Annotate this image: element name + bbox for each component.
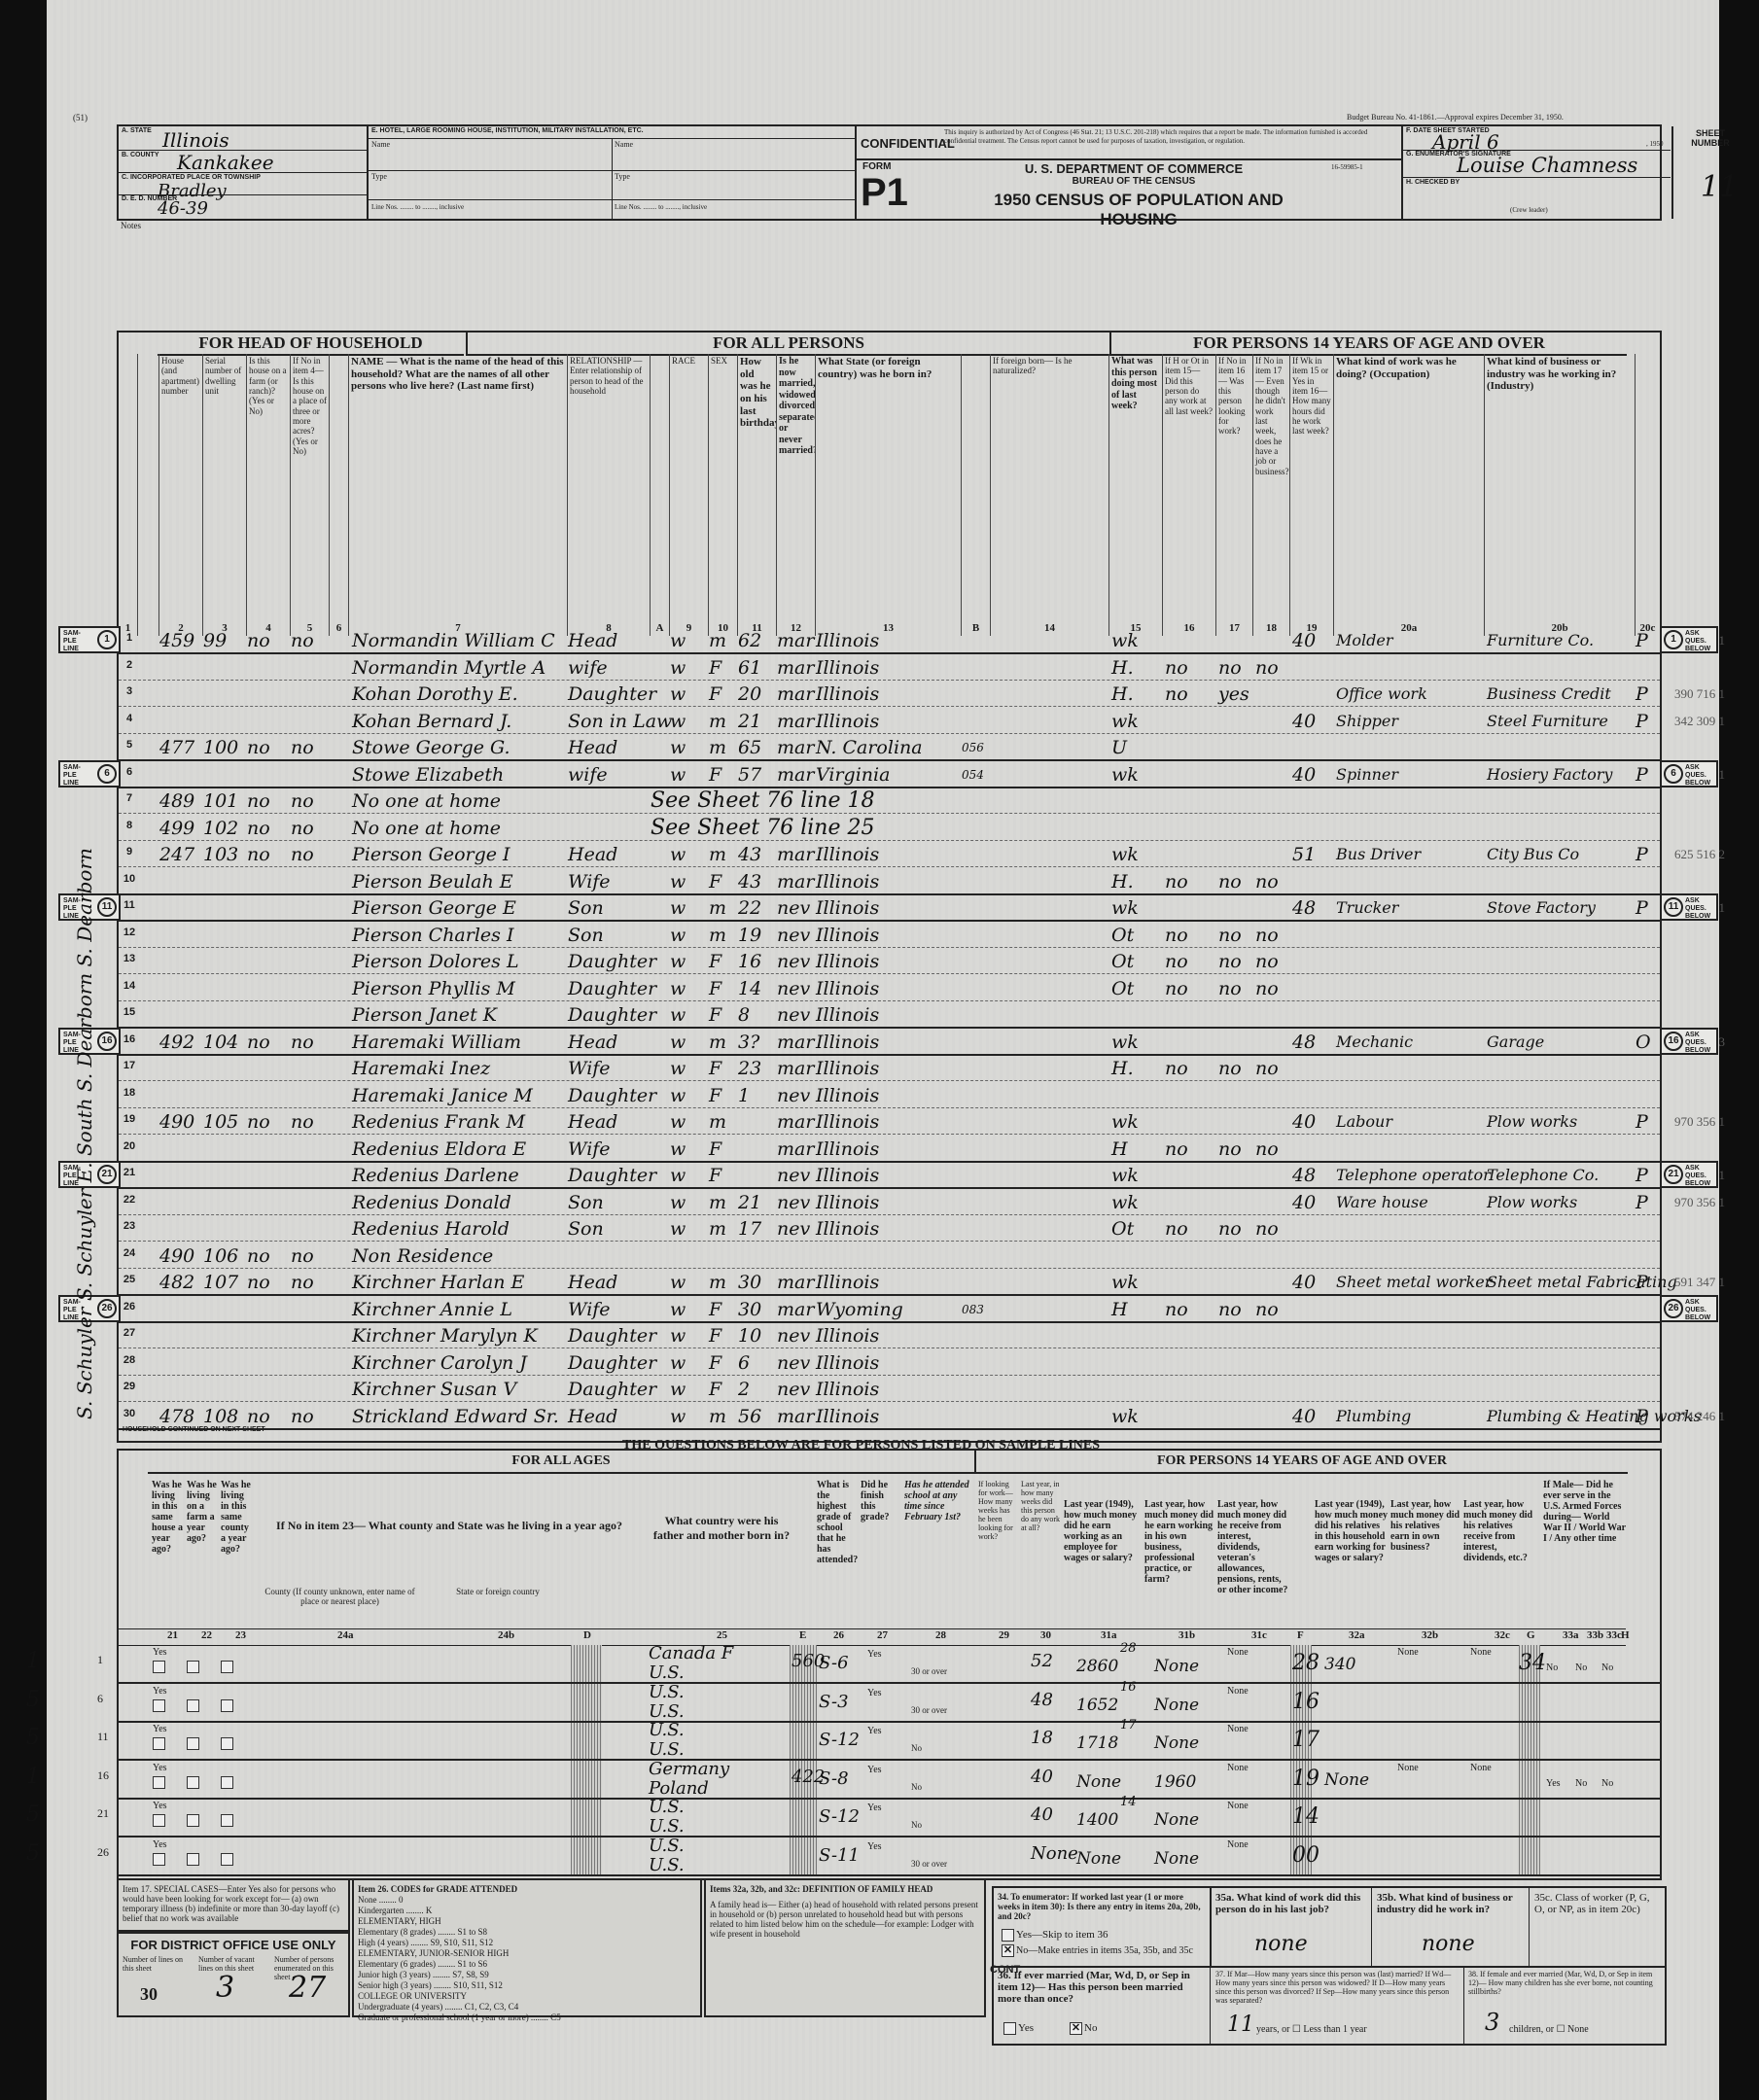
line-number: 26 xyxy=(121,1293,138,1321)
q21-no-checkbox[interactable] xyxy=(153,1699,167,1712)
cell-ind xyxy=(1487,785,1637,813)
cell-ind: City Bus Co xyxy=(1487,838,1637,866)
cell-b xyxy=(962,1240,991,1268)
cell-farm xyxy=(247,651,291,680)
col-street xyxy=(138,354,159,636)
sheet-number-label: SHEET NUMBER xyxy=(1681,128,1740,148)
col-naturalized: If foreign born— Is he naturalized?14 xyxy=(991,354,1109,636)
sample-father: U.S. xyxy=(649,1682,685,1702)
col-industry: What kind of business or industry was he… xyxy=(1485,354,1636,636)
cell-ind xyxy=(1487,1133,1637,1161)
cell-act: wk xyxy=(1111,892,1165,920)
sample-f: 28 xyxy=(1292,1651,1319,1675)
cell-sex: F xyxy=(709,1373,738,1401)
cell-rel xyxy=(568,812,651,840)
cell-house xyxy=(159,678,203,706)
cell-birth: Illinois xyxy=(816,1400,962,1428)
cell-house: 478 xyxy=(159,1400,203,1428)
section-all-persons: FOR ALL PERSONS xyxy=(466,332,1109,356)
q22-no-checkbox[interactable] xyxy=(187,1699,201,1712)
sample-tally: 5 xyxy=(26,1802,40,1827)
q23-no-checkbox[interactable] xyxy=(221,1737,235,1750)
cell-q17: no xyxy=(1218,1293,1255,1321)
q21-no-checkbox[interactable] xyxy=(153,1814,167,1827)
q21-no-checkbox[interactable] xyxy=(153,1776,167,1789)
cell-act: wk xyxy=(1111,1026,1165,1054)
cell-q18: no xyxy=(1255,1212,1292,1241)
cell-hrs xyxy=(1292,1133,1336,1161)
checked-by-label: h. CHECKED BY xyxy=(1406,179,1460,186)
cell-b xyxy=(962,1400,991,1428)
cell-serial xyxy=(203,1347,247,1375)
sample-col-number: 24a xyxy=(337,1629,354,1641)
cell-b xyxy=(962,651,991,680)
cell-mar: nev xyxy=(777,972,816,1000)
cell-q16: no xyxy=(1165,919,1218,947)
title-block: CONFIDENTIAL This inquiry is authorized … xyxy=(857,126,1403,219)
cell-q16: no xyxy=(1165,651,1218,680)
line-number: 23 xyxy=(121,1212,138,1241)
hotel-name-label-1: Name xyxy=(371,140,390,149)
grade-code-item: High (4 years) ........ S9, S10, S11, S1… xyxy=(358,1938,696,1948)
cell-race: w xyxy=(670,1373,709,1401)
line-number: 18 xyxy=(121,1079,138,1107)
q23-no-checkbox[interactable] xyxy=(221,1853,235,1866)
sample-col-number: 33c xyxy=(1606,1629,1622,1641)
q23-no-checkbox[interactable] xyxy=(221,1776,235,1789)
cell-name: Kirchner Carolyn J xyxy=(352,1347,571,1375)
cell-q18 xyxy=(1255,1319,1292,1347)
sample-ww2: Yes xyxy=(1546,1778,1561,1789)
cell-q18 xyxy=(1255,998,1292,1027)
cell-cls: P xyxy=(1636,705,1660,733)
cell-q17 xyxy=(1218,1266,1255,1294)
cell-mar: nev xyxy=(777,919,816,947)
cell-q17 xyxy=(1218,624,1255,652)
cell-acres xyxy=(291,1133,330,1161)
sample-own-bus: None xyxy=(1154,1657,1199,1676)
cell-cls xyxy=(1636,972,1660,1000)
person-row: Pierson Beulah EWifewF43marIllinoisH.non… xyxy=(119,865,1660,895)
line-number: 3 xyxy=(121,678,138,706)
cell-q16: no xyxy=(1165,678,1218,706)
cell-act xyxy=(1111,812,1165,840)
sample-q21: Yes xyxy=(153,1801,167,1811)
sample-wages: 1718 xyxy=(1076,1733,1118,1753)
cell-hrs xyxy=(1292,865,1336,893)
cell-occ xyxy=(1336,785,1487,813)
cell-q18: no xyxy=(1255,945,1292,973)
section-persons-14-over: FOR PERSONS 14 YEARS OF AGE AND OVER xyxy=(1109,332,1627,356)
cell-house xyxy=(159,1159,203,1187)
cell-birth: Illinois xyxy=(816,651,962,680)
line-number: 7 xyxy=(121,785,138,813)
cell-rel: wife xyxy=(568,758,651,787)
cell-acres xyxy=(291,651,330,680)
cell-birth: N. Carolina xyxy=(816,731,962,759)
cell-age: 57 xyxy=(738,758,777,787)
cell-mar: mar xyxy=(777,1133,816,1161)
grade-codes-title: Item 26. CODES for GRADE ATTENDED xyxy=(358,1884,696,1895)
cell-rel: Son xyxy=(568,919,651,947)
cell-race: w xyxy=(670,1079,709,1107)
cell-occ: Trucker xyxy=(1336,892,1487,920)
cell-farm: no xyxy=(247,838,291,866)
q34-text: 34. To enumerator: If worked last year (… xyxy=(998,1892,1207,1921)
cell-q18 xyxy=(1255,838,1292,866)
cell-cls: P xyxy=(1636,1159,1660,1187)
cell-name: Pierson Dolores L xyxy=(352,945,571,973)
cell-rel: Head xyxy=(568,838,651,866)
cell-cls xyxy=(1636,945,1660,973)
cell-age: 65 xyxy=(738,731,777,759)
line-number: 4 xyxy=(121,705,138,733)
questions-34-38: 34. To enumerator: If worked last year (… xyxy=(992,1886,1667,2046)
q36-yes[interactable]: Yes xyxy=(1003,2022,1034,2035)
cell-q16: no xyxy=(1165,865,1218,893)
line-number: 2 xyxy=(121,651,138,680)
cell-sex xyxy=(709,1240,738,1268)
cell-mar: nev xyxy=(777,892,816,920)
cell-q17 xyxy=(1218,892,1255,920)
cell-ind xyxy=(1487,1347,1637,1375)
cell-acres xyxy=(291,1347,330,1375)
grade-code-item: Elementary (8 grades) ........ S1 to S8 xyxy=(358,1927,696,1938)
q22-no-checkbox[interactable] xyxy=(187,1853,201,1866)
hotel-type-label-1: Type xyxy=(371,172,387,181)
cell-acres: no xyxy=(291,812,330,840)
cell-cls: P xyxy=(1636,1266,1660,1294)
cell-name: No one at home xyxy=(352,812,571,840)
cell-occ: Mechanic xyxy=(1336,1026,1487,1054)
cell-q18 xyxy=(1255,678,1292,706)
cell-rel: Wife xyxy=(568,1052,651,1080)
cell-b xyxy=(962,705,991,733)
sample-father: U.S. xyxy=(649,1836,685,1856)
cell-act: H. xyxy=(1111,1052,1165,1080)
sample-line: 1 xyxy=(97,1653,103,1667)
line-number: 8 xyxy=(121,812,138,840)
cell-act: H xyxy=(1111,1133,1165,1161)
sheet-number-block: SHEET NUMBER 11 xyxy=(1671,126,1756,219)
state-label: a. STATE xyxy=(122,127,152,134)
cell-act xyxy=(1111,1373,1165,1401)
sample-col-number: 21 xyxy=(167,1629,178,1641)
cell-occ xyxy=(1336,1293,1487,1321)
cell-mar: mar xyxy=(777,624,816,652)
cell-b xyxy=(962,1133,991,1161)
cell-serial: 99 xyxy=(203,624,247,652)
cell-q16 xyxy=(1165,1347,1218,1375)
cell-race: w xyxy=(670,1133,709,1161)
sample-mother: U.S. xyxy=(649,1739,685,1760)
cell-acres: no xyxy=(291,1026,330,1054)
cell-hrs xyxy=(1292,945,1336,973)
cell-occ xyxy=(1336,1079,1487,1107)
cell-ind xyxy=(1487,972,1637,1000)
sample-col-number: G xyxy=(1527,1629,1535,1641)
person-row: 477100nonoStowe George G.Headwm65marN. C… xyxy=(119,731,1660,761)
cell-farm xyxy=(247,1347,291,1375)
sample-row: 521YesU.S.U.S.S-12YesNo40140014NoneNone1… xyxy=(119,1799,1660,1837)
sample-wages: None xyxy=(1076,1849,1121,1869)
cell-acres: no xyxy=(291,731,330,759)
sample-g: 34 xyxy=(1519,1651,1546,1675)
col-age: How old was he on his last birthday?11 xyxy=(738,354,777,636)
person-row: 499102nonoNo one at homeSee Sheet 76 lin… xyxy=(119,812,1660,841)
cell-race: w xyxy=(670,919,709,947)
cell-cls: P xyxy=(1636,838,1660,866)
cell-race: w xyxy=(670,1266,709,1294)
cell-house: 489 xyxy=(159,785,203,813)
cell-birth: Illinois xyxy=(816,678,962,706)
cell-race: w xyxy=(670,1159,709,1187)
cell-birth: Illinois xyxy=(816,945,962,973)
cell-birth: Illinois xyxy=(816,1079,962,1107)
q23-no-checkbox[interactable] xyxy=(221,1661,235,1673)
q36-no[interactable]: ✕No xyxy=(1070,2022,1097,2035)
q37-answer: 11 xyxy=(1227,2012,1254,2037)
col-line-number: 1 xyxy=(119,354,138,636)
q31a-header: Last year (1949), how much money did he … xyxy=(1064,1499,1142,1563)
cell-b xyxy=(962,1052,991,1080)
cell-occ xyxy=(1336,998,1487,1027)
col-farm: Is this house on a farm (or ranch)? (Yes… xyxy=(247,354,291,636)
person-row: Pierson Phyllis MDaughterwF14nevIllinois… xyxy=(119,972,1660,1001)
cell-name: Pierson George I xyxy=(352,838,571,866)
cell-ind xyxy=(1487,1373,1637,1401)
cell-act: wk xyxy=(1111,1186,1165,1214)
cell-sex: F xyxy=(709,1052,738,1080)
line-number: 27 xyxy=(121,1319,138,1347)
sample-rel-other: None xyxy=(1470,1763,1492,1773)
enumerator-block: f. DATE SHEET STARTED April 6 , 1950 g. … xyxy=(1403,126,1685,219)
cell-occ xyxy=(1336,1052,1487,1080)
cell-sex: F xyxy=(709,1319,738,1347)
q22-no-checkbox[interactable] xyxy=(187,1737,201,1750)
cell-q17 xyxy=(1218,1186,1255,1214)
confidential-text: This inquiry is authorized by Act of Con… xyxy=(944,128,1391,146)
cell-mar: nev xyxy=(777,1347,816,1375)
cell-name: Pierson Janet K xyxy=(352,998,571,1027)
sample-col-number: 26 xyxy=(833,1629,844,1641)
cell-cls xyxy=(1636,1373,1660,1401)
q34-no-option[interactable]: ✕No—Make entries in items 35a, 35b, and … xyxy=(1002,1944,1193,1957)
cell-age: 17 xyxy=(738,1212,777,1241)
sample-row: 56YesU.S.U.S.S-3Yes30 or over48165216Non… xyxy=(119,1684,1660,1723)
cell-house xyxy=(159,998,203,1027)
q34-yes-option[interactable]: Yes—Skip to item 36 xyxy=(1002,1929,1108,1942)
form-code: 16-59985-1 xyxy=(1331,163,1363,171)
sample-wages-code: 14 xyxy=(1120,1795,1137,1809)
cell-sex: m xyxy=(709,624,738,652)
col-sex: SEX10 xyxy=(709,354,738,636)
cell-b xyxy=(962,1186,991,1214)
cell-hrs xyxy=(1292,1293,1336,1321)
cell-farm xyxy=(247,1159,291,1187)
cell-b xyxy=(962,998,991,1027)
line-number: 19 xyxy=(121,1105,138,1134)
q23-no-checkbox[interactable] xyxy=(221,1699,235,1712)
location-block: a. STATE Illinois b. COUNTY Kankakee c. … xyxy=(119,126,369,219)
sample-col-number: 27 xyxy=(877,1629,888,1641)
cell-farm xyxy=(247,1052,291,1080)
cell-race: w xyxy=(670,651,709,680)
cell-q18 xyxy=(1255,812,1292,840)
sample-own-bus: None xyxy=(1154,1849,1199,1869)
cell-race: w xyxy=(670,624,709,652)
q21-no-checkbox[interactable] xyxy=(153,1661,167,1673)
q21-no-checkbox[interactable] xyxy=(153,1737,167,1750)
sample-attend: No xyxy=(911,1782,922,1792)
confidential-label: CONFIDENTIAL xyxy=(861,136,955,151)
person-row: 247103nonoPierson George IHeadwm43marIll… xyxy=(119,838,1660,867)
cell-age: 2 xyxy=(738,1373,777,1401)
person-row: Kohan Dorothy E.DaughterwF20marIllinoisH… xyxy=(119,678,1660,707)
q22-no-checkbox[interactable] xyxy=(187,1776,201,1789)
cell-act xyxy=(1111,785,1165,813)
cell-sex: F xyxy=(709,1159,738,1187)
cell-birth: Illinois xyxy=(816,705,962,733)
cell-mar: nev xyxy=(777,1186,816,1214)
col-q17: If No in item 16— Was this person lookin… xyxy=(1216,354,1253,636)
cell-occ xyxy=(1336,919,1487,947)
line-number: 20 xyxy=(121,1133,138,1161)
cell-q18 xyxy=(1255,1400,1292,1428)
cell-rel: Daughter xyxy=(568,1347,651,1375)
cell-q17 xyxy=(1218,1319,1255,1347)
cell-ind xyxy=(1487,1052,1637,1080)
person-row: Redenius Eldora EWifewFmarIllinoisHnonon… xyxy=(119,1133,1660,1163)
sample-finish: Yes xyxy=(867,1649,882,1660)
sample-own-bus: 1960 xyxy=(1154,1772,1196,1792)
cell-act: U xyxy=(1111,731,1165,759)
cell-acres xyxy=(291,1373,330,1401)
sample-wages: 1400 xyxy=(1076,1810,1118,1830)
cell-q18 xyxy=(1255,1373,1292,1401)
cell-sex: F xyxy=(709,651,738,680)
hotel-lines-2: Line Nos. ........ to ........, inclusiv… xyxy=(615,203,707,211)
q22-no-checkbox[interactable] xyxy=(187,1661,201,1673)
cell-act xyxy=(1111,1319,1165,1347)
q24a-header: County (If county unknown, enter name of… xyxy=(260,1587,420,1606)
cell-race: w xyxy=(670,892,709,920)
q26-header: What is the highest grade of school that… xyxy=(817,1480,856,1565)
cell-rel: Son xyxy=(568,1212,651,1241)
cell-hrs: 40 xyxy=(1292,1186,1336,1214)
cell-act: wk xyxy=(1111,1400,1165,1428)
cell-cls xyxy=(1636,1052,1660,1080)
cell-act: Ot xyxy=(1111,972,1165,1000)
cell-sex: F xyxy=(709,945,738,973)
sample-col-number: E xyxy=(799,1629,806,1641)
cell-sex: F xyxy=(709,1347,738,1375)
household-continued: HOUSEHOLD CONTINUED ON NEXT SHEET xyxy=(123,1426,265,1433)
cell-ind xyxy=(1487,1212,1637,1241)
cell-q18: no xyxy=(1255,865,1292,893)
q29-header: If looking for work— How many weeks has … xyxy=(978,1480,1019,1541)
cell-q17 xyxy=(1218,731,1255,759)
cell-serial xyxy=(203,1212,247,1241)
person-row: Kirchner Annie LWifewF30marWyoming083Hno… xyxy=(119,1293,1660,1323)
q38-answer: 3 xyxy=(1485,2009,1499,2036)
q22-no-checkbox[interactable] xyxy=(187,1814,201,1827)
grade-code-item: None ........ 0 xyxy=(358,1895,696,1906)
sample-other-inc: None xyxy=(1227,1839,1249,1850)
cell-age: 1 xyxy=(738,1079,777,1107)
cell-acres xyxy=(291,678,330,706)
cell-house xyxy=(159,1347,203,1375)
sample-rel-wages: None xyxy=(1324,1770,1369,1790)
col-race: RACE9 xyxy=(670,354,709,636)
q28-header: Has he attended school at any time since… xyxy=(904,1480,972,1522)
q23-no-checkbox[interactable] xyxy=(221,1814,235,1827)
cell-cls xyxy=(1636,785,1660,813)
q21-header: Was he living in this same house a year … xyxy=(152,1480,183,1555)
cell-serial xyxy=(203,1319,247,1347)
cell-house xyxy=(159,919,203,947)
cell-hrs: 48 xyxy=(1292,892,1336,920)
grade-code-item: ELEMENTARY, HIGH xyxy=(358,1916,696,1927)
cell-serial: 100 xyxy=(203,731,247,759)
cell-serial: 102 xyxy=(203,812,247,840)
grade-code-item: ELEMENTARY, JUNIOR-SENIOR HIGH xyxy=(358,1948,696,1959)
cell-name: Kohan Dorothy E. xyxy=(352,678,571,706)
hotel-label: e. HOTEL, LARGE ROOMING HOUSE, INSTITUTI… xyxy=(371,127,644,134)
family-head-box: Items 32a, 32b, and 32c: DEFINITION OF F… xyxy=(704,1878,986,2017)
cell-occ xyxy=(1336,1240,1487,1268)
person-row: Kirchner Carolyn JDaughterwF6nevIllinois… xyxy=(119,1347,1660,1376)
cell-serial xyxy=(203,919,247,947)
cell-act: H. xyxy=(1111,678,1165,706)
cell-farm xyxy=(247,705,291,733)
cell-house: 459 xyxy=(159,624,203,652)
cell-act xyxy=(1111,1240,1165,1268)
person-row: Haremaki Janice MDaughterwF1nevIllinois1… xyxy=(119,1079,1660,1108)
q21-no-checkbox[interactable] xyxy=(153,1853,167,1866)
cell-q18: no xyxy=(1255,1293,1292,1321)
line-number: 15 xyxy=(121,998,138,1027)
cell-rel: Head xyxy=(568,624,651,652)
sample-q21: Yes xyxy=(153,1763,167,1773)
cell-age: 62 xyxy=(738,624,777,652)
cell-mar: nev xyxy=(777,998,816,1027)
cell-q17: no xyxy=(1218,865,1255,893)
cell-mar: mar xyxy=(777,731,816,759)
form-id: P1 xyxy=(861,171,908,214)
cell-hrs: 40 xyxy=(1292,758,1336,787)
sample-grade: S-6 xyxy=(819,1653,849,1673)
place-label: c. INCORPORATED PLACE OR TOWNSHIP xyxy=(122,174,261,181)
cell-race xyxy=(670,1240,709,1268)
q35b-answer: none xyxy=(1422,1932,1475,1956)
cell-name: Stowe Elizabeth xyxy=(352,758,571,787)
cell-age: 21 xyxy=(738,1186,777,1214)
sample-mother: U.S. xyxy=(649,1662,685,1683)
col-occupation: What kind of work was he doing? (Occupat… xyxy=(1334,354,1485,636)
sample-weeks-worked: 48 xyxy=(1031,1690,1053,1710)
cell-birth: Virginia xyxy=(816,758,962,787)
cell-race: w xyxy=(670,838,709,866)
cell-mar: mar xyxy=(777,678,816,706)
cell-rel: Daughter xyxy=(568,998,651,1027)
line-number: 25 xyxy=(121,1266,138,1294)
cell-ind: Sheet metal Fabricating xyxy=(1487,1266,1637,1294)
cell-occ: Bus Driver xyxy=(1336,838,1487,866)
sample-q21: Yes xyxy=(153,1647,167,1658)
cell-occ: Plumbing xyxy=(1336,1400,1487,1428)
family-head-title: Items 32a, 32b, and 32c: DEFINITION OF F… xyxy=(710,1884,980,1894)
